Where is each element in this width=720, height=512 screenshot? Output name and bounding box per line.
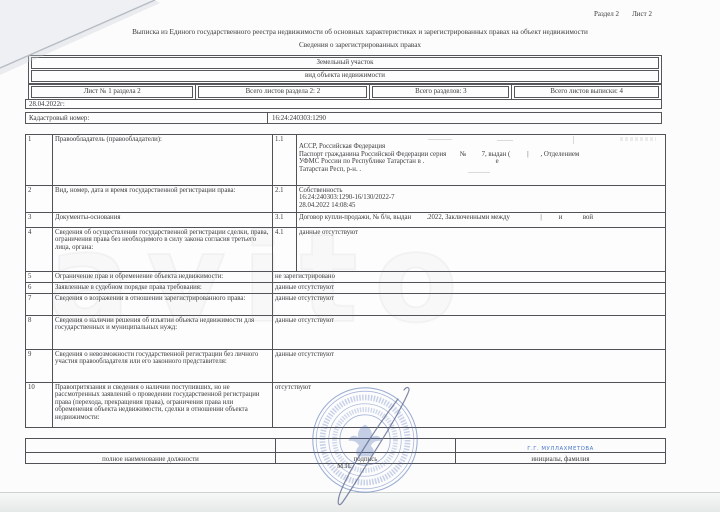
row-label: Сведения о наличии решения об изъятии об… [53,316,273,350]
row-value: Собственность 16:24:240303:1290-16/130/2… [297,186,666,213]
redaction-mark [428,139,452,140]
row-value: данные отсутствуют [273,294,666,316]
sheet-info-cell: Лист № 1 раздела 2 [29,85,196,99]
row-label: Правопритязания и сведения о наличии пос… [53,383,273,428]
row-label: Вид, номер, дата и время государственной… [53,186,273,213]
row-number: 6 [26,283,53,294]
row-subnumber: 4.1 [273,228,297,272]
row-value: данные отсутствуют [273,316,666,350]
row-label: Сведения о невозможности государственной… [53,350,273,383]
row-number: 7 [26,294,53,316]
redaction-mark [573,136,574,144]
position-caption: полное наименование должности [26,453,276,464]
row-number: 8 [26,316,53,350]
row-subnumber: 1.1 [273,135,297,186]
section-sheet-label: Раздел 2 Лист 2 [594,10,652,18]
row-number: 3 [26,213,53,228]
sheet-label: Лист 2 [632,10,652,18]
row-number: 4 [26,228,53,272]
row-label: Правообладатель (правообладатели): [53,135,273,186]
rights-row-4: 4Сведения об осуществлении государственн… [26,228,666,272]
object-type-caption: вид объекта недвижимости [31,70,659,82]
row-label: Ограничение прав и обременение объекта н… [53,272,273,283]
extract-date: 28.04.2022г: [25,99,662,109]
row-label: Сведения об осуществлении государственно… [53,228,273,272]
name-caption: инициалы, фамилия [456,453,666,464]
row-label: Заявленные в судебном порядке права треб… [53,283,273,294]
rights-row-5: 5Ограничение прав и обременение объекта … [26,272,666,283]
row-value: АССР, Российская Федерация Паспорт гражд… [297,135,666,186]
rights-row-6: 6Заявленные в судебном порядке права тре… [26,283,666,294]
document-page: Раздел 2 Лист 2 Выписка из Единого госуд… [0,0,720,512]
row-number: 10 [26,383,53,428]
document-title: Выписка из Единого государственного реес… [20,28,700,37]
row-subnumber: 3.1 [273,213,297,228]
sheet-info-cell: Всего разделов: 3 [370,85,512,99]
sheet-info-cell-label: Всего листов раздела 2: 2 [198,86,367,98]
row-number: 5 [26,272,53,283]
position-value-cell [26,439,276,453]
row-subnumber: 2.1 [273,186,297,213]
cadastral-row: Кадастровый номер: 16:24:240303:1290 [25,112,662,124]
row-label: Документы-основания [53,213,273,228]
sheet-info-row: Лист № 1 раздела 2Всего листов раздела 2… [28,84,662,100]
row-value: данные отсутствуют [297,228,666,272]
redaction-mark [620,137,656,141]
sheet-info-cell-label: Всего листов выписки: 4 [514,86,659,98]
row-value: данные отсутствуют [273,283,666,294]
signatory-name: Г.Г. Муллахметова [456,439,666,453]
section-label: Раздел 2 [594,10,619,18]
rights-row-8: 8Сведения о наличии решения об изъятии о… [26,316,666,350]
document-subtitle: Сведения о зарегистрированных правах [20,41,700,49]
redaction-mark [468,172,490,173]
cadastral-label: Кадастровый номер: [26,113,268,123]
rights-row-2: 2Вид, номер, дата и время государственно… [26,186,666,213]
rights-row-7: 7Сведения о возражении в отношении зарег… [26,294,666,316]
row-number: 1 [26,135,53,186]
sheet-info-cell: Всего листов раздела 2: 2 [196,85,370,99]
handwritten-signature-icon [315,376,425,512]
sheet-info-cell-label: Лист № 1 раздела 2 [31,86,193,98]
object-type-value: Земельный участок [31,57,659,69]
row-value: Договор купли-продажи, № б/н, выдан .202… [297,213,666,228]
object-type-table: Земельный участок вид объекта недвижимос… [28,55,662,84]
rights-row-1: 1Правообладатель (правообладатели):1.1 А… [26,135,666,186]
seal-abbreviation: М.П. [337,462,352,470]
row-number: 2 [26,186,53,213]
sheet-info-cell: Всего листов выписки: 4 [512,85,661,99]
rights-row-3: 3Документы-основания3.1Договор купли-про… [26,213,666,228]
row-label: Сведения о возражении в отношении зареги… [53,294,273,316]
cadastral-value: 16:24:240303:1290 [268,113,326,123]
sheet-info-cell-label: Всего разделов: 3 [372,86,509,98]
row-number: 9 [26,350,53,383]
row-value: не зарегистрировано [273,272,666,283]
redaction-mark [497,140,513,141]
